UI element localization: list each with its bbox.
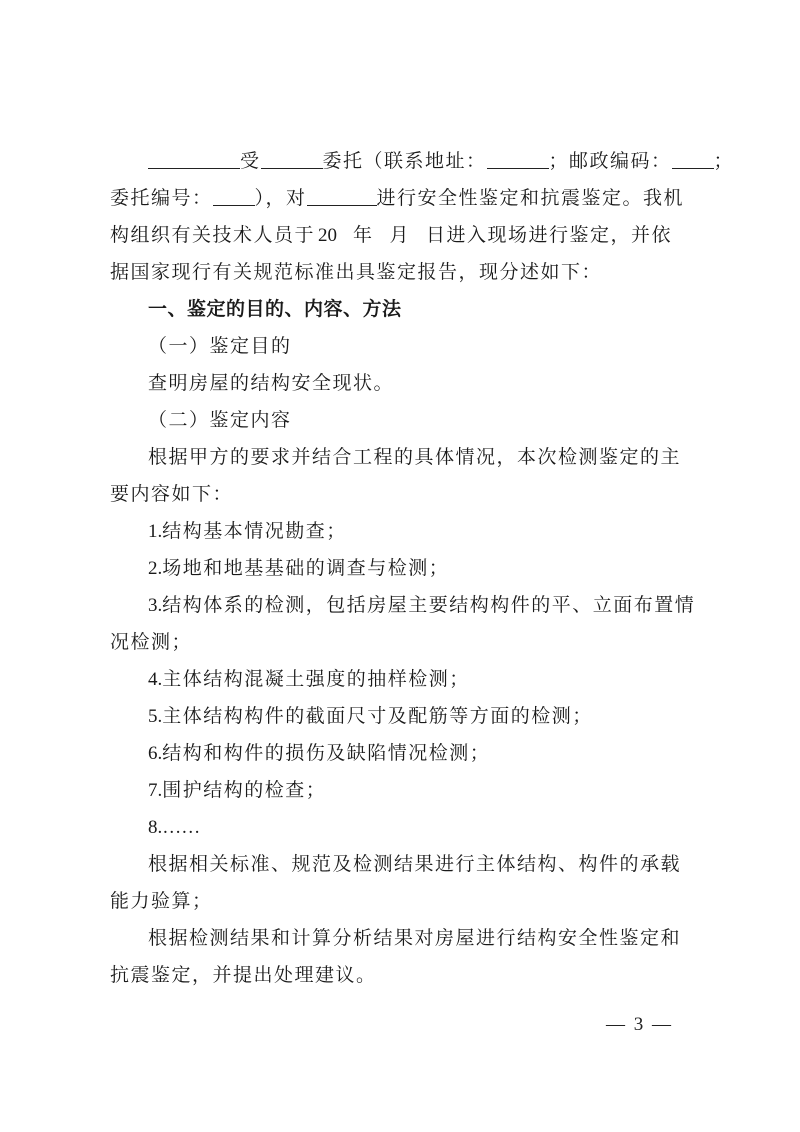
- intro-line-3: 构组织有关技术人员于20年月日进入现场进行鉴定，并依: [110, 217, 694, 254]
- year-prefix: 20: [318, 225, 337, 246]
- text: ），对: [255, 187, 307, 209]
- blank-postal-code: [672, 146, 714, 169]
- item-text: 场地和地基基础的调查与检测；: [162, 557, 449, 579]
- list-item: 6.结构和构件的损伤及缺陷情况检测；: [110, 735, 694, 772]
- item-text: 结构和构件的损伤及缺陷情况检测；: [162, 742, 490, 764]
- item-number: 7.: [148, 780, 162, 801]
- text: 委托（联系地址：: [323, 150, 487, 172]
- text: 年: [353, 224, 374, 246]
- item-number: 3.: [148, 595, 162, 616]
- paragraph-appraisal-line-1: 根据检测结果和计算分析结果对房屋进行结构安全性鉴定和: [110, 920, 694, 957]
- item-text: ……: [162, 817, 200, 838]
- item-number: 8.: [148, 817, 162, 838]
- blank-commission-number: [213, 183, 255, 206]
- list-item: 2.场地和地基基础的调查与检测；: [110, 550, 694, 587]
- page-number: — 3 —: [606, 1014, 673, 1036]
- paragraph-verification-line-1: 根据相关标准、规范及检测结果进行主体结构、构件的承载: [110, 846, 694, 883]
- item-number: 2.: [148, 558, 162, 579]
- content-intro-line-1: 根据甲方的要求并结合工程的具体情况，本次检测鉴定的主: [110, 439, 694, 476]
- subsection-heading-content: （二）鉴定内容: [110, 402, 694, 439]
- blank-contact-address: [487, 146, 549, 169]
- list-item: 4.主体结构混凝土强度的抽样检测；: [110, 661, 694, 698]
- list-item: 1.结构基本情况勘查；: [110, 513, 694, 550]
- text: 构组织有关技术人员于: [110, 224, 315, 246]
- text: 日进入现场进行鉴定，并依: [426, 224, 672, 246]
- paragraph-appraisal-line-2: 抗震鉴定，并提出处理建议。: [110, 957, 694, 994]
- subsection-heading-purpose: （一）鉴定目的: [110, 328, 694, 365]
- text: 委托编号：: [110, 187, 213, 209]
- list-item: 3.结构体系的检测，包括房屋主要结构构件的平、立面布置情: [110, 587, 694, 624]
- text: 月: [390, 224, 411, 246]
- item-text: 主体结构混凝土强度的抽样检测；: [162, 668, 470, 690]
- intro-line-4: 据国家现行有关规范标准出具鉴定报告，现分述如下：: [110, 254, 694, 291]
- text: 受: [240, 150, 261, 172]
- item-text: 主体结构构件的截面尺寸及配筋等方面的检测；: [162, 705, 593, 727]
- document-page: 受委托（联系地址：；邮政编码：； 委托编号：），对进行安全性鉴定和抗震鉴定。我机…: [110, 143, 694, 994]
- item-text: 结构基本情况勘查；: [162, 520, 347, 542]
- content-intro-line-2: 要内容如下：: [110, 476, 694, 513]
- paragraph-verification-line-2: 能力验算；: [110, 883, 694, 920]
- purpose-text: 查明房屋的结构安全现状。: [110, 365, 694, 402]
- blank-entrusted-party: [148, 146, 240, 169]
- item-number: 4.: [148, 669, 162, 690]
- intro-line-2: 委托编号：），对进行安全性鉴定和抗震鉴定。我机: [110, 180, 694, 217]
- blank-target-building: [307, 183, 377, 206]
- text: 进行安全性鉴定和抗震鉴定。我机: [377, 187, 685, 209]
- text: ；邮政编码：: [549, 150, 672, 172]
- text: ；: [714, 150, 735, 172]
- section-heading: 一、鉴定的目的、内容、方法: [110, 291, 694, 328]
- intro-line-1: 受委托（联系地址：；邮政编码：；: [110, 143, 694, 180]
- list-item: 8.……: [110, 809, 694, 846]
- list-item: 7.围护结构的检查；: [110, 772, 694, 809]
- list-item: 5.主体结构构件的截面尺寸及配筋等方面的检测；: [110, 698, 694, 735]
- item-text: 围护结构的检查；: [162, 779, 326, 801]
- blank-entrusting-party: [261, 146, 323, 169]
- item-number: 5.: [148, 706, 162, 727]
- item-number: 6.: [148, 743, 162, 764]
- list-item-continuation: 况检测；: [110, 624, 694, 661]
- item-number: 1.: [148, 521, 162, 542]
- item-text: 结构体系的检测，包括房屋主要结构构件的平、立面布置情: [162, 594, 695, 616]
